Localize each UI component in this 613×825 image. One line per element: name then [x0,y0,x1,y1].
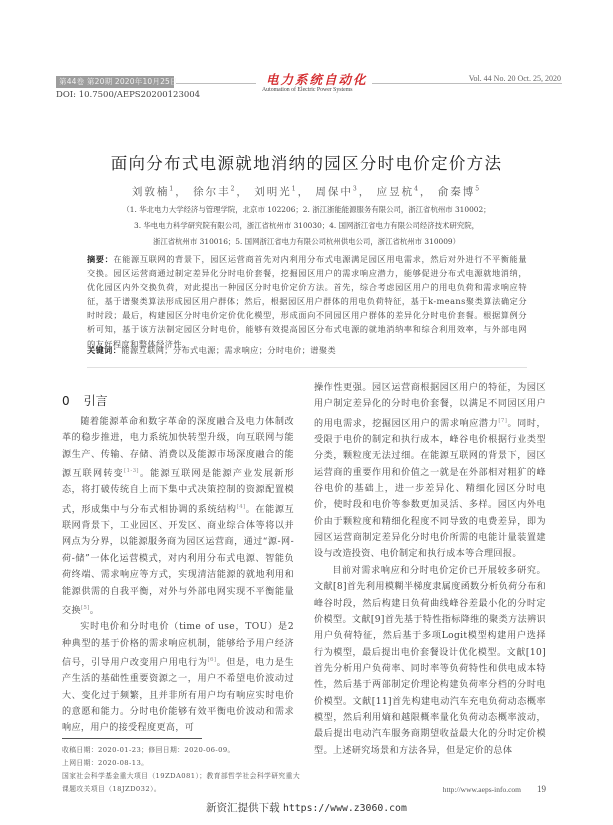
author-affiliation-mark: 5 [475,186,481,193]
paragraph: 目前对需求响应和分时电价定价已开展较多研究。文献[8]首先利用模糊半梯度隶属度函… [314,563,546,759]
citation: [1-3] [124,468,139,474]
right-column: 操作性更强。园区运营商根据园区用户的特征，为园区用户制定差异化的分时电价套餐，以… [314,380,546,759]
journal-logo: 电力系统自动化 [266,70,368,88]
header-rule-left [176,83,256,84]
paragraph: 操作性更强。园区运营商根据园区用户的特征，为园区用户制定差异化的分时电价套餐，以… [314,380,546,563]
affiliation-line: 浙江省杭州市 310016；5. 国网浙江省电力有限公司杭州供电公司，浙江省杭州… [0,236,613,247]
affiliation-line: （1. 华北电力大学经济与管理学院，北京市 102206；2. 浙江浙能能源服务… [0,204,613,215]
author: 徐尔丰 [193,186,231,198]
section-heading: 0引言 [62,392,108,409]
download-watermark: 新资汇提供下载 https://www.z3060.com [0,800,613,815]
volume-info: Vol. 44 No. 20 Oct. 25, 2020 [469,74,561,83]
footnote-rule [62,738,202,739]
page-footer: http://www.aeps-info.com19 [443,784,546,794]
paper-title: 面向分布式电源就地消纳的园区分时电价定价方法 [0,150,613,174]
author: 刘明光 [254,186,292,198]
keywords: 关键词：能源互联网；分布式电源；需求响应；分时电价；谱聚类 [87,345,527,356]
author-list: 刘敦楠1， 徐尔丰2， 刘明光1， 周保中3， 应昱杭4， 俞秦博5 [0,184,613,199]
author: 俞秦博 [438,186,476,198]
funding-note: 国家社会科学基金重大项目（19ZDA081）；教育部哲学社会科学研究重大课题攻关… [62,770,302,796]
issue-info-bar: 第44卷 第20期 2020年10月25日 [56,76,174,88]
abstract-divider [87,367,527,368]
left-column: 随着能源革命和数字革命的深度融合及电力体制改革的稳步推进，电力系统加快转型升级，… [62,414,294,737]
author-affiliation-mark: 1 [292,186,298,193]
online-date: 上网日期：2020-08-13。 [62,757,302,770]
keywords-label: 关键词： [87,345,121,355]
citation: [7] [498,418,507,424]
keywords-text: 能源互联网；分布式电源；需求响应；分时电价；谱聚类 [121,345,336,355]
affiliation-line: 3. 华电电力科学研究院有限公司，浙江省杭州市 310030；4. 国网浙江省电… [0,220,613,231]
abstract-text: 在能源互联网的背景下，园区运营商首先对内利用分布式电源满足园区用电需求，然后对外… [87,254,527,349]
abstract-label: 摘要： [87,254,113,264]
journal-subtitle: Automation of Electric Power Systems [262,87,352,93]
journal-url[interactable]: http://www.aeps-info.com [443,785,521,794]
watermark-text: 新资汇提供下载 [206,802,280,814]
doi: DOI: 10.7500/AEPS20200123004 [56,90,200,100]
citation: [5] [81,605,90,611]
author-affiliation-mark: 1 [169,186,175,193]
author-affiliation-mark: 2 [231,186,237,193]
received-date: 收稿日期：2020-01-23；修回日期：2020-06-09。 [62,744,302,757]
author: 刘敦楠 [132,186,170,198]
abstract: 摘要：在能源互联网的背景下，园区运营商首先对内利用分布式电源满足园区用电需求，然… [87,252,527,351]
watermark-url[interactable]: https://www.z3060.com [283,803,407,814]
author: 周保中 [315,186,353,198]
author-affiliation-mark: 4 [414,186,420,193]
paragraph: 随着能源革命和数字革命的深度融合及电力体制改革的稳步推进，电力系统加快转型升级，… [62,414,294,619]
page-number: 19 [537,784,546,794]
author: 应昱杭 [377,186,415,198]
paragraph: 实时电价和分时电价（time of use，TOU）是2种典型的基于价格的需求响… [62,619,294,736]
section-number: 0 [62,394,70,408]
author-affiliation-mark: 3 [353,186,359,193]
header-rule-right [372,83,562,84]
section-title: 引言 [84,394,108,408]
